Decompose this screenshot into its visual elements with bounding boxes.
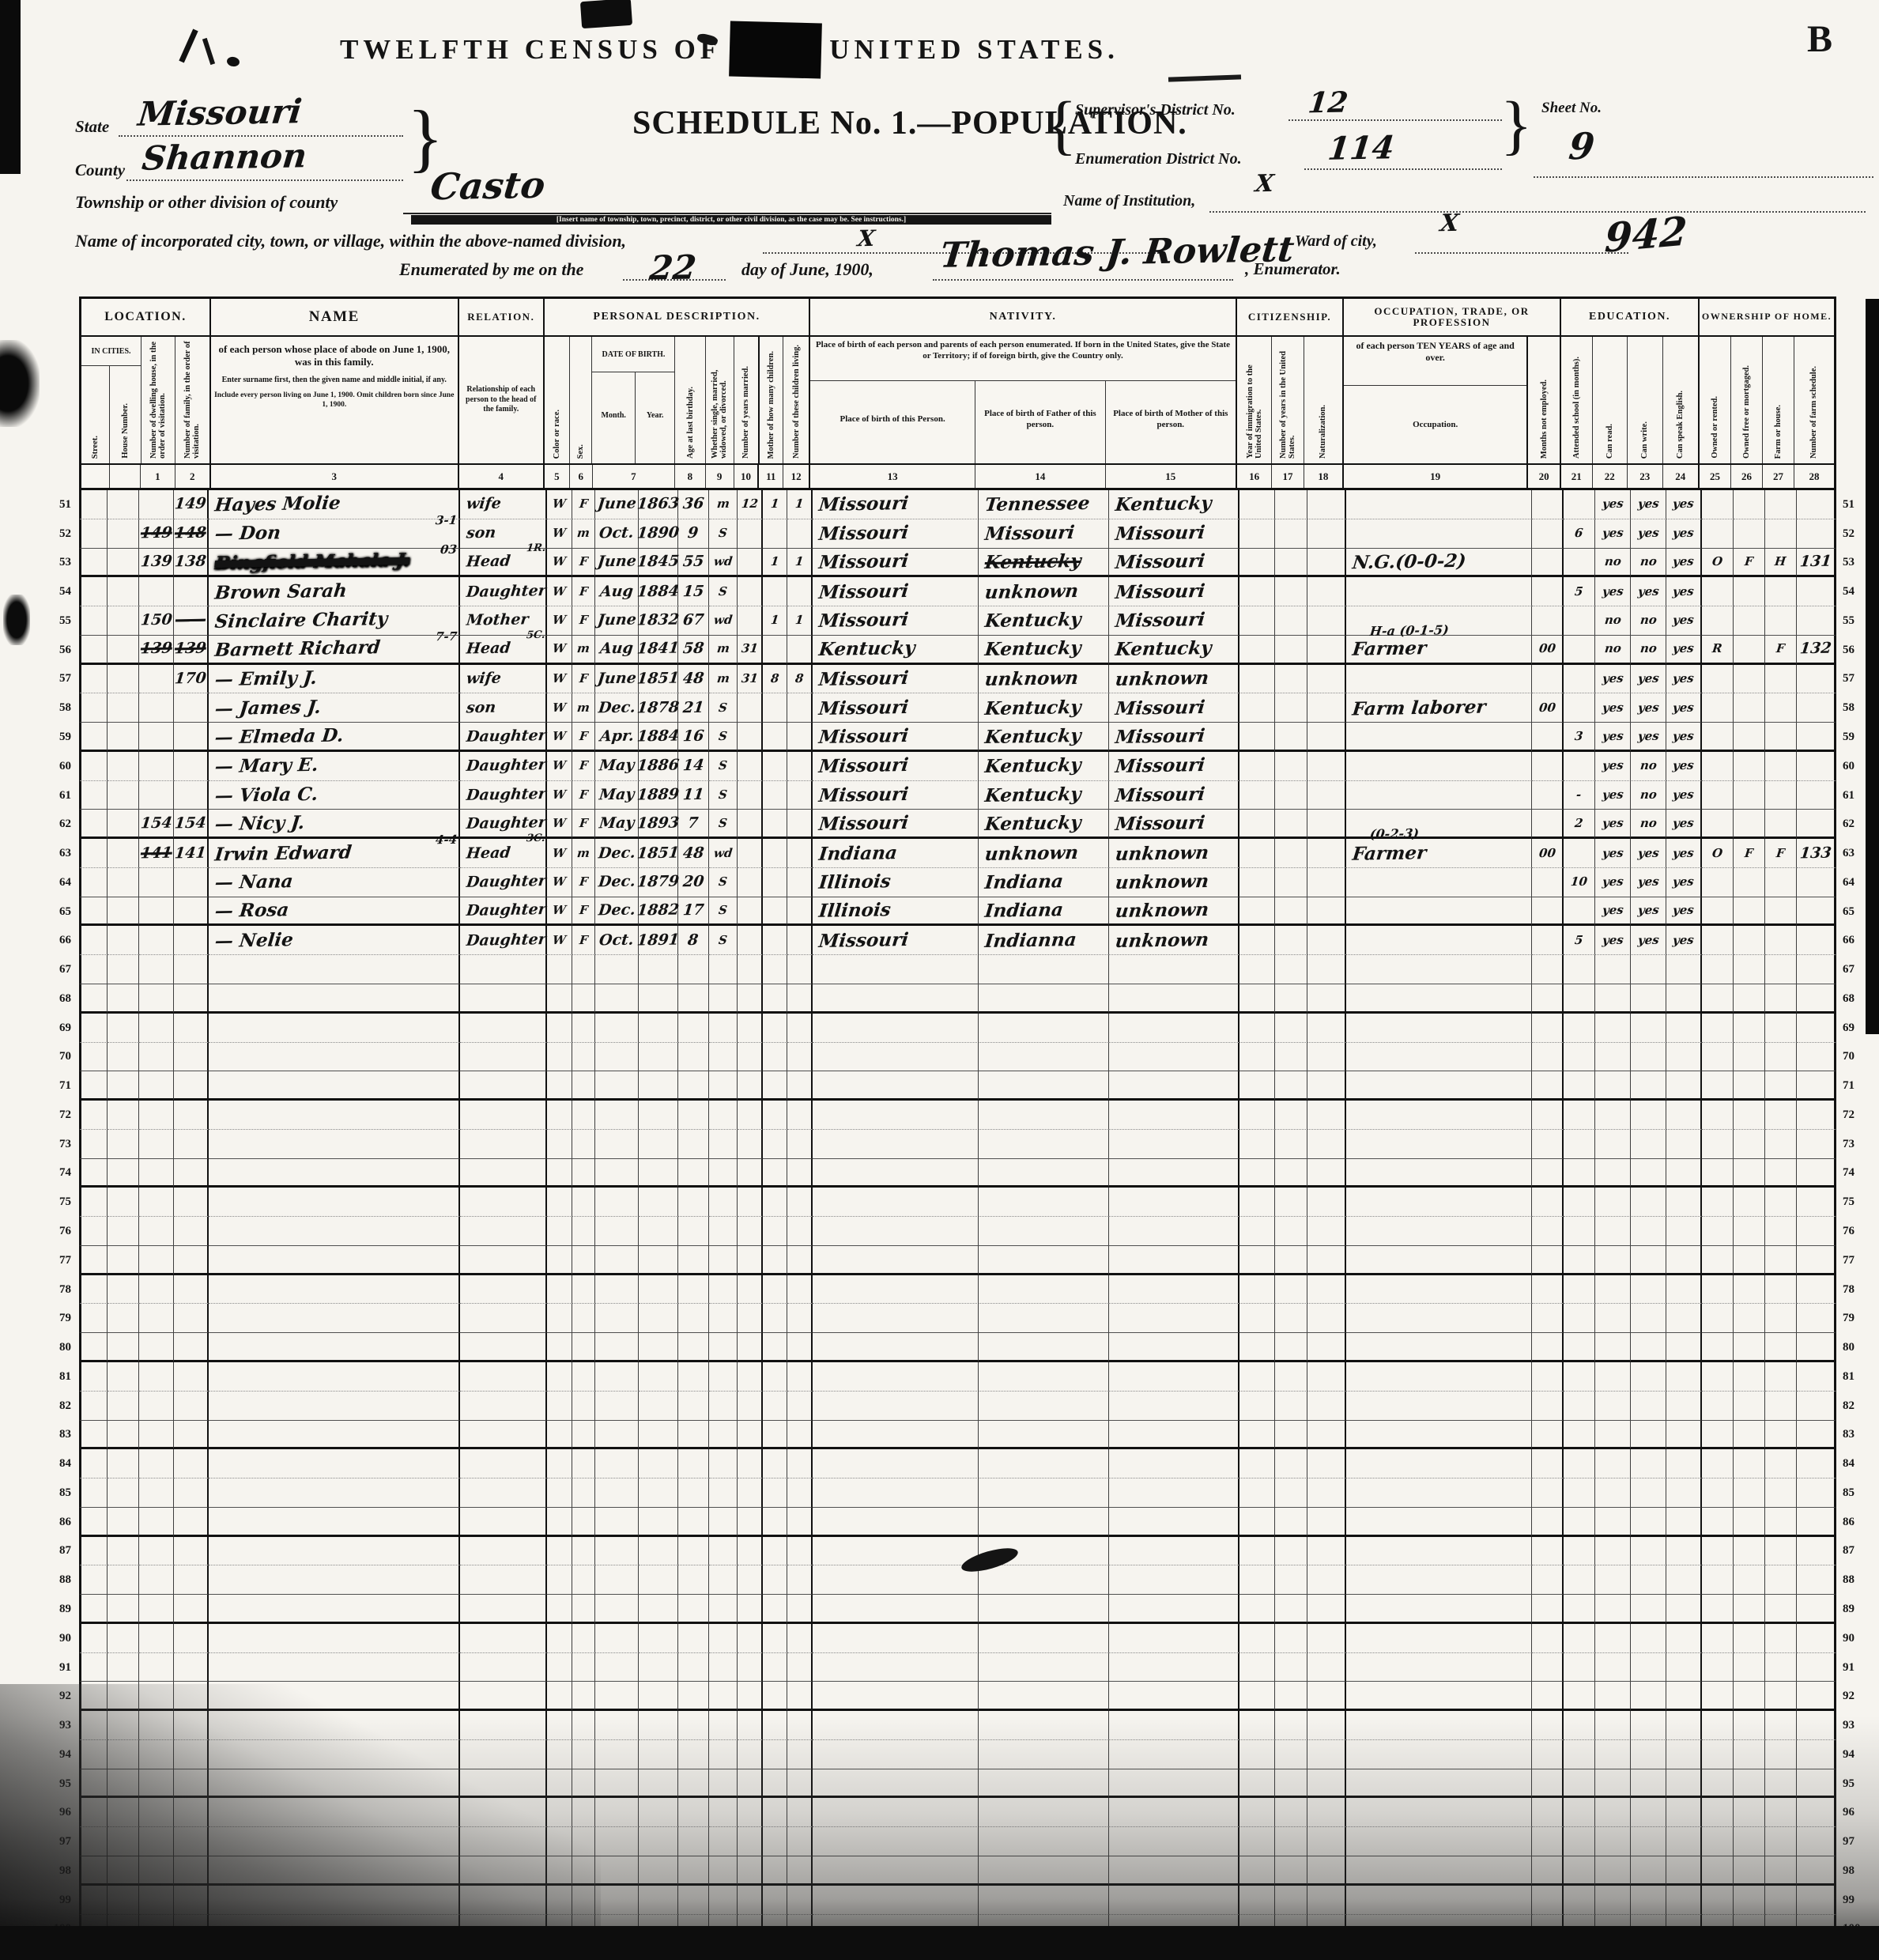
cell-color: W bbox=[547, 490, 572, 519]
cell-eng bbox=[1666, 1449, 1702, 1478]
cell-farm bbox=[1765, 693, 1797, 723]
cell-sex: F bbox=[572, 577, 595, 606]
value-year: 1851 bbox=[636, 845, 680, 861]
value-year: 1863 bbox=[636, 497, 680, 512]
cell-pf bbox=[979, 1682, 1109, 1711]
cell-sched bbox=[1797, 519, 1836, 549]
cell-pf: Kentucky bbox=[979, 606, 1109, 636]
cell-write bbox=[1631, 1362, 1666, 1392]
cell-eng bbox=[1666, 1159, 1702, 1188]
cell-f: 138 bbox=[174, 549, 209, 578]
cell-rel bbox=[460, 1769, 547, 1799]
cell-house bbox=[108, 1159, 139, 1188]
cell-occ bbox=[1346, 955, 1532, 984]
cell-yus bbox=[1275, 1565, 1307, 1595]
value-color: W bbox=[552, 702, 566, 714]
cell-farm bbox=[1765, 1014, 1797, 1043]
cell-name bbox=[209, 1275, 460, 1305]
cell-sch bbox=[1564, 1711, 1595, 1740]
cell-pf bbox=[979, 1856, 1109, 1886]
redaction-mark bbox=[729, 21, 822, 78]
cell-year bbox=[639, 1565, 678, 1595]
value-name: Bingfield Mahala J. bbox=[214, 551, 411, 572]
cell-ym bbox=[738, 1769, 763, 1799]
col-farm-house-label: Farm or house. bbox=[1774, 405, 1783, 459]
line-number-left: 53 bbox=[43, 549, 79, 578]
name-desc-2: Enter surname first, then the given name… bbox=[219, 372, 450, 389]
cell-month bbox=[595, 1653, 639, 1682]
cell-write bbox=[1631, 1537, 1666, 1566]
cell-ym bbox=[738, 984, 763, 1014]
cell-month bbox=[595, 1624, 639, 1653]
cell-d bbox=[139, 1886, 174, 1915]
cell-house bbox=[108, 1798, 139, 1827]
cell-nat bbox=[1307, 1392, 1346, 1421]
cell-month: Apr. bbox=[595, 723, 639, 752]
cell-write: yes bbox=[1631, 490, 1666, 519]
value-name: — Elmeda D. bbox=[214, 726, 345, 746]
cell-yus bbox=[1275, 1449, 1307, 1478]
cell-pob: Missouri bbox=[813, 665, 979, 694]
cell-year: 1882 bbox=[639, 897, 678, 927]
cell-farm bbox=[1765, 1043, 1797, 1072]
cell-read bbox=[1595, 1246, 1631, 1275]
cell-read bbox=[1595, 1304, 1631, 1333]
cell-f bbox=[174, 1392, 209, 1421]
cell-mort bbox=[1734, 665, 1765, 694]
value-f: 149 bbox=[174, 497, 207, 512]
colnum-3: 3 bbox=[211, 465, 458, 488]
line-number-right: 56 bbox=[1836, 636, 1879, 665]
cell-month: Dec. bbox=[595, 839, 639, 868]
cell-mne bbox=[1532, 1915, 1564, 1944]
cell-occ bbox=[1346, 1595, 1532, 1624]
cell-pm bbox=[1109, 1653, 1239, 1682]
cell-pob: Missouri bbox=[813, 693, 979, 723]
line-number-right: 75 bbox=[1836, 1188, 1879, 1217]
cell-mne bbox=[1532, 984, 1564, 1014]
cell-rel bbox=[460, 1740, 547, 1769]
table-row: 8484 bbox=[43, 1449, 1879, 1478]
cell-sex bbox=[572, 1915, 595, 1944]
cell-rel: son bbox=[460, 693, 547, 723]
cell-farm bbox=[1765, 1653, 1797, 1682]
cell-sex: F bbox=[572, 723, 595, 752]
cell-name bbox=[209, 1478, 460, 1508]
cell-sex bbox=[572, 1537, 595, 1566]
cell-mort bbox=[1734, 1014, 1765, 1043]
cell-write bbox=[1631, 1188, 1666, 1217]
cell-house bbox=[108, 1915, 139, 1944]
line-number-right: 69 bbox=[1836, 1014, 1879, 1043]
table-row: 9494 bbox=[43, 1740, 1879, 1769]
cell-write bbox=[1631, 1043, 1666, 1072]
cell-read: yes bbox=[1595, 781, 1631, 810]
cell-write bbox=[1631, 1798, 1666, 1827]
line-number-right: 77 bbox=[1836, 1246, 1879, 1275]
state-value: Missouri bbox=[137, 95, 304, 131]
cell-sched bbox=[1797, 577, 1836, 606]
cell-mc bbox=[763, 1362, 787, 1392]
value-name: — Rosa bbox=[214, 901, 290, 920]
value-pf: Kentucky bbox=[984, 552, 1082, 572]
cell-mc bbox=[763, 1653, 787, 1682]
cell-sched bbox=[1797, 1362, 1836, 1392]
line-number-right: 100 bbox=[1836, 1915, 1879, 1944]
table-row: 57170— Emily J.wifeWFJune185148m3188Miss… bbox=[43, 665, 1879, 694]
cell-own bbox=[1702, 1508, 1734, 1537]
value-mne: 00 bbox=[1538, 847, 1556, 859]
cell-month bbox=[595, 1392, 639, 1421]
cell-sched bbox=[1797, 926, 1836, 955]
cell-street bbox=[79, 1915, 108, 1944]
cell-cl bbox=[787, 839, 813, 868]
cell-read bbox=[1595, 1827, 1631, 1856]
cell-farm bbox=[1765, 1217, 1797, 1246]
cell-yus bbox=[1275, 810, 1307, 839]
cell-sex bbox=[572, 1275, 595, 1305]
occupation-annotation: (0-2-3) bbox=[1369, 828, 1420, 841]
cell-pob bbox=[813, 1711, 979, 1740]
colnum-14: 14 bbox=[975, 465, 1105, 488]
cell-write: yes bbox=[1631, 577, 1666, 606]
cell-mne bbox=[1532, 1217, 1564, 1246]
cell-name: — James J. bbox=[209, 693, 460, 723]
occupation-note: of each person TEN YEARS of age and over… bbox=[1344, 337, 1526, 386]
cell-year bbox=[639, 1449, 678, 1478]
line-number-left: 82 bbox=[43, 1392, 79, 1421]
value-age: 11 bbox=[682, 787, 705, 803]
cell-d bbox=[139, 1392, 174, 1421]
value-rel: wife bbox=[466, 671, 502, 687]
cell-own bbox=[1702, 1740, 1734, 1769]
cell-age bbox=[678, 1827, 709, 1856]
cell-street bbox=[79, 1449, 108, 1478]
cell-street bbox=[79, 1711, 108, 1740]
ward-value: X bbox=[1439, 212, 1459, 236]
cell-mc bbox=[763, 1333, 787, 1362]
value-pf: unknown bbox=[984, 582, 1080, 602]
cell-eng: yes bbox=[1666, 577, 1702, 606]
cell-mne bbox=[1532, 1014, 1564, 1043]
cell-cl bbox=[787, 897, 813, 927]
cell-name: Bingfield Mahala J.03 bbox=[209, 549, 460, 578]
cell-pm: Missouri bbox=[1109, 781, 1239, 810]
cell-sch bbox=[1564, 1624, 1595, 1653]
cell-mar: wd bbox=[709, 606, 738, 636]
table-row: 7070 bbox=[43, 1043, 1879, 1072]
cell-rel: Daughter bbox=[460, 723, 547, 752]
cell-d bbox=[139, 1508, 174, 1537]
value-age: 15 bbox=[682, 583, 705, 599]
cell-f bbox=[174, 1711, 209, 1740]
value-pob: Missouri bbox=[818, 610, 910, 630]
cell-yus bbox=[1275, 1246, 1307, 1275]
cell-pf bbox=[979, 1130, 1109, 1159]
cell-age bbox=[678, 1740, 709, 1769]
cell-cl bbox=[787, 1159, 813, 1188]
cell-iy bbox=[1239, 519, 1275, 549]
cell-iy bbox=[1239, 577, 1275, 606]
cell-iy bbox=[1239, 1101, 1275, 1130]
cell-pob: Kentucky bbox=[813, 636, 979, 665]
cell-mar bbox=[709, 1333, 738, 1362]
line-number-left: 88 bbox=[43, 1565, 79, 1595]
value-year: 1884 bbox=[636, 728, 680, 744]
cell-age bbox=[678, 1101, 709, 1130]
cell-own bbox=[1702, 1362, 1734, 1392]
cell-color: W bbox=[547, 781, 572, 810]
cell-farm bbox=[1765, 606, 1797, 636]
value-name: Sinclaire Charity bbox=[214, 610, 389, 632]
cell-sch: 5 bbox=[1564, 577, 1595, 606]
cell-age: 16 bbox=[678, 723, 709, 752]
cell-yus bbox=[1275, 1159, 1307, 1188]
cell-sched bbox=[1797, 1449, 1836, 1478]
value-year: 1851 bbox=[636, 671, 680, 687]
cell-sched bbox=[1797, 1275, 1836, 1305]
cell-month bbox=[595, 1101, 639, 1130]
group-relation: RELATION. Relationship of each person to… bbox=[459, 299, 545, 488]
value-age: 48 bbox=[682, 671, 705, 686]
cell-eng bbox=[1666, 1217, 1702, 1246]
cell-sch bbox=[1564, 1188, 1595, 1217]
table-row: 58— James J.sonWmDec.187821SMissouriKent… bbox=[43, 693, 1879, 723]
ward-line bbox=[1415, 251, 1628, 254]
colnum-1: 1 bbox=[141, 465, 175, 488]
cell-f bbox=[174, 1682, 209, 1711]
cell-cl bbox=[787, 1711, 813, 1740]
cell-pf: unknown bbox=[979, 577, 1109, 606]
cell-cl bbox=[787, 955, 813, 984]
cell-mort bbox=[1734, 1362, 1765, 1392]
cell-pf: Kentucky bbox=[979, 752, 1109, 781]
relation-desc: Relationship of each person to the head … bbox=[459, 382, 543, 418]
cell-nat bbox=[1307, 1246, 1346, 1275]
cell-f: 149 bbox=[174, 490, 209, 519]
value-d: 139 bbox=[140, 641, 173, 657]
cell-color bbox=[547, 1275, 572, 1305]
value-name: — Don bbox=[214, 523, 282, 542]
value-pf: Kentucky bbox=[984, 756, 1082, 776]
cell-read: no bbox=[1595, 549, 1631, 578]
value-read: yes bbox=[1602, 935, 1624, 946]
cell-yus bbox=[1275, 839, 1307, 868]
cell-read: yes bbox=[1595, 926, 1631, 955]
cell-write bbox=[1631, 955, 1666, 984]
dob-label: DATE OF BIRTH. bbox=[592, 337, 674, 372]
cell-d bbox=[139, 752, 174, 781]
table-row: 59— Elmeda D.DaughterWFApr.188416SMissou… bbox=[43, 723, 1879, 752]
value-sex: F bbox=[579, 904, 588, 916]
cell-iy bbox=[1239, 1915, 1275, 1944]
cell-sch bbox=[1564, 665, 1595, 694]
cell-mc bbox=[763, 1275, 787, 1305]
cell-sched bbox=[1797, 1159, 1836, 1188]
value-age: 7 bbox=[687, 816, 699, 831]
value-read: yes bbox=[1602, 760, 1624, 772]
line-number-right: 99 bbox=[1836, 1886, 1879, 1915]
cell-house bbox=[108, 1043, 139, 1072]
cell-pob bbox=[813, 1827, 979, 1856]
cell-pob bbox=[813, 1130, 979, 1159]
cell-name bbox=[209, 1711, 460, 1740]
cell-pob bbox=[813, 1886, 979, 1915]
value-year: 1832 bbox=[636, 613, 680, 629]
cell-name bbox=[209, 1362, 460, 1392]
scan-artifact-top-mark bbox=[580, 0, 632, 28]
cell-year bbox=[639, 1043, 678, 1072]
cell-month: June bbox=[595, 549, 639, 578]
value-write: yes bbox=[1637, 730, 1659, 742]
cell-eng bbox=[1666, 1740, 1702, 1769]
cell-year: 1879 bbox=[639, 868, 678, 897]
cell-own bbox=[1702, 1159, 1734, 1188]
cell-mar bbox=[709, 984, 738, 1014]
cell-month: May bbox=[595, 810, 639, 839]
cell-nat bbox=[1307, 490, 1346, 519]
cell-own bbox=[1702, 1856, 1734, 1886]
cell-mc bbox=[763, 1508, 787, 1537]
cell-mne: 00 bbox=[1532, 693, 1564, 723]
cell-sex bbox=[572, 1101, 595, 1130]
value-color: W bbox=[552, 876, 566, 888]
cell-color bbox=[547, 1711, 572, 1740]
enumeration-line bbox=[1304, 168, 1502, 170]
scan-artifact-left-blob bbox=[0, 340, 40, 427]
cell-ym bbox=[738, 1071, 763, 1101]
cell-street bbox=[79, 723, 108, 752]
line-number-left: 77 bbox=[43, 1246, 79, 1275]
value-sex: F bbox=[579, 789, 588, 801]
cell-d bbox=[139, 1130, 174, 1159]
cell-pf bbox=[979, 1304, 1109, 1333]
value-mar: S bbox=[718, 789, 727, 801]
cell-name bbox=[209, 1304, 460, 1333]
cell-sch bbox=[1564, 1304, 1595, 1333]
cell-farm bbox=[1765, 1478, 1797, 1508]
cell-f bbox=[174, 1595, 209, 1624]
cell-street bbox=[79, 868, 108, 897]
cell-yus bbox=[1275, 1915, 1307, 1944]
value-occ: Farmer bbox=[1352, 844, 1428, 863]
line-number-left: 56 bbox=[43, 636, 79, 665]
cell-sch bbox=[1564, 636, 1595, 665]
cell-occ bbox=[1346, 1071, 1532, 1101]
cell-sched bbox=[1797, 1740, 1836, 1769]
cell-mort bbox=[1734, 1711, 1765, 1740]
value-age: 55 bbox=[682, 554, 705, 569]
cell-sch bbox=[1564, 1740, 1595, 1769]
cell-f bbox=[174, 1827, 209, 1856]
cell-rel: Head5C. bbox=[460, 636, 547, 665]
cell-mc bbox=[763, 955, 787, 984]
value-rel: Head bbox=[466, 845, 511, 861]
value-year: 1893 bbox=[636, 815, 680, 831]
cell-cl bbox=[787, 1915, 813, 1944]
cell-mc bbox=[763, 1769, 787, 1799]
cell-eng: yes bbox=[1666, 636, 1702, 665]
cell-nat bbox=[1307, 1014, 1346, 1043]
supervisor-label: Supervisor's District No. bbox=[1075, 101, 1236, 119]
cell-pob bbox=[813, 1275, 979, 1305]
cell-d bbox=[139, 1915, 174, 1944]
cell-d bbox=[139, 1653, 174, 1682]
cell-month: Dec. bbox=[595, 868, 639, 897]
cell-house bbox=[108, 752, 139, 781]
cell-own bbox=[1702, 1449, 1734, 1478]
cell-mne bbox=[1532, 1362, 1564, 1392]
cell-month bbox=[595, 1508, 639, 1537]
cell-f bbox=[174, 693, 209, 723]
cell-occ: N.G.(0-0-2) bbox=[1346, 549, 1532, 578]
cell-f bbox=[174, 1304, 209, 1333]
cell-pob bbox=[813, 1682, 979, 1711]
value-rel: wife bbox=[466, 497, 502, 512]
cell-occ bbox=[1346, 577, 1532, 606]
value-age: 8 bbox=[687, 933, 699, 948]
cell-iy bbox=[1239, 1856, 1275, 1886]
cell-mar bbox=[709, 1595, 738, 1624]
cell-month bbox=[595, 1159, 639, 1188]
cell-sch bbox=[1564, 839, 1595, 868]
cell-own: R bbox=[1702, 636, 1734, 665]
cell-sch bbox=[1564, 1565, 1595, 1595]
cell-occ bbox=[1346, 1624, 1532, 1653]
cell-mar: S bbox=[709, 926, 738, 955]
cell-farm bbox=[1765, 752, 1797, 781]
value-mar: S bbox=[718, 702, 727, 714]
cell-ym bbox=[738, 606, 763, 636]
cell-mort bbox=[1734, 1624, 1765, 1653]
cell-mort bbox=[1734, 897, 1765, 927]
value-pm: Kentucky bbox=[1115, 494, 1213, 514]
cell-mort bbox=[1734, 1769, 1765, 1799]
cell-f bbox=[174, 897, 209, 927]
line-number-right: 60 bbox=[1836, 752, 1879, 781]
col-children-living-label: Number of these children living. bbox=[792, 345, 801, 459]
cell-mc bbox=[763, 1449, 787, 1478]
day-line bbox=[623, 278, 726, 281]
table-row: 9393 bbox=[43, 1711, 1879, 1740]
cell-pob bbox=[813, 1014, 979, 1043]
cell-mort: F bbox=[1734, 839, 1765, 868]
cell-street bbox=[79, 1827, 108, 1856]
cell-cl bbox=[787, 1130, 813, 1159]
value-d: 149 bbox=[140, 526, 173, 542]
cell-sch bbox=[1564, 1421, 1595, 1450]
cell-rel bbox=[460, 1682, 547, 1711]
cell-yus bbox=[1275, 1421, 1307, 1450]
value-sex: F bbox=[579, 498, 588, 510]
cell-cl bbox=[787, 1798, 813, 1827]
cell-month: June bbox=[595, 606, 639, 636]
cell-color bbox=[547, 955, 572, 984]
cell-house bbox=[108, 1421, 139, 1450]
cell-mc bbox=[763, 577, 787, 606]
value-read: no bbox=[1604, 614, 1622, 626]
cell-mar: S bbox=[709, 810, 738, 839]
line-number-left: 72 bbox=[43, 1101, 79, 1130]
cell-iy bbox=[1239, 1362, 1275, 1392]
cell-street bbox=[79, 1740, 108, 1769]
cell-read bbox=[1595, 1071, 1631, 1101]
cell-month bbox=[595, 984, 639, 1014]
cell-ym bbox=[738, 1246, 763, 1275]
value-sched: 133 bbox=[1799, 845, 1832, 861]
cell-mc: 1 bbox=[763, 606, 787, 636]
cell-mne bbox=[1532, 1304, 1564, 1333]
